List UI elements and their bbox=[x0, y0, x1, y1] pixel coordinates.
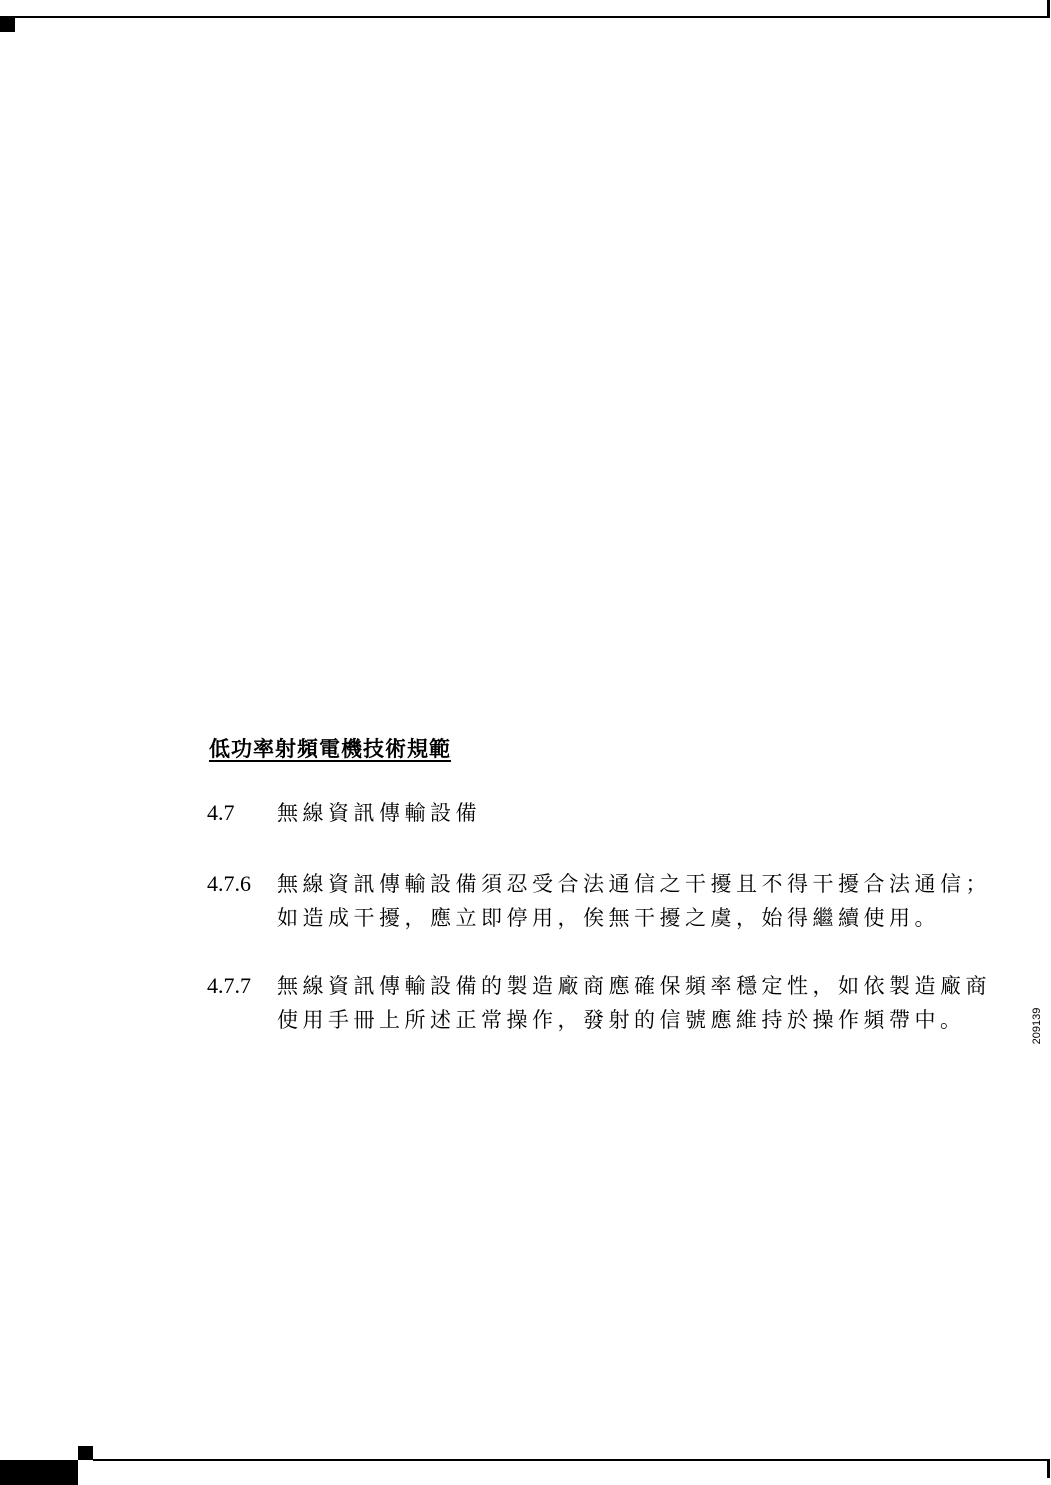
section-number: 4.7.6 bbox=[207, 868, 251, 900]
bottom-marker bbox=[78, 1446, 93, 1460]
top-rule bbox=[0, 16, 1049, 18]
page-number-tab bbox=[0, 1460, 78, 1485]
section-text-line-2: 使用手冊上所述正常操作，發射的信號應維持於操作頻帶中。 bbox=[277, 1004, 966, 1036]
bottom-rule bbox=[93, 1459, 1049, 1461]
section-number: 4.7.7 bbox=[207, 970, 251, 1002]
top-left-marker bbox=[0, 17, 15, 32]
figure-id-label: 209139 bbox=[1031, 1001, 1043, 1051]
bottom-right-tick bbox=[1047, 1459, 1050, 1478]
section-number: 4.7 bbox=[207, 797, 235, 829]
page-title: 低功率射頻電機技術規範 bbox=[209, 733, 451, 763]
section-text: 無線資訊傳輸設備 bbox=[277, 797, 481, 829]
section-text-line-1: 無線資訊傳輸設備須忍受合法通信之干擾且不得干擾合法通信； bbox=[277, 868, 991, 900]
section-text-line-2: 如造成干擾，應立即停用，俟無干擾之虞，始得繼續使用。 bbox=[277, 902, 940, 934]
section-text-line-1: 無線資訊傳輸設備的製造廠商應確保頻率穩定性，如依製造廠商 bbox=[277, 970, 991, 1002]
top-right-tick bbox=[1047, 0, 1050, 18]
